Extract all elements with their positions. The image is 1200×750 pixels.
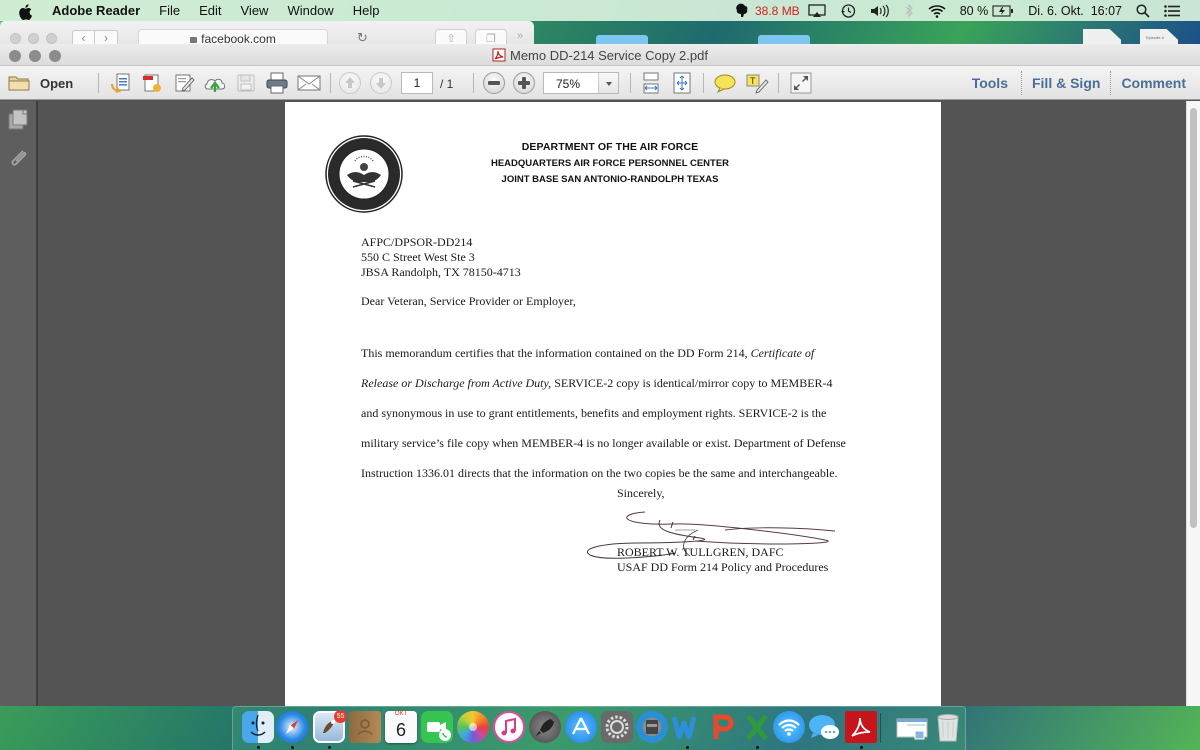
- dock-itunes[interactable]: [493, 711, 525, 743]
- memo-body: This memorandum certifies that the infor…: [361, 338, 906, 488]
- app-store-icon: [565, 711, 597, 743]
- desktop-doc-label: Episode #: [1146, 35, 1164, 40]
- save-button[interactable]: [235, 71, 257, 95]
- body-line: military service’s file copy when MEMBER…: [361, 428, 906, 458]
- fit-width-button[interactable]: [640, 71, 662, 95]
- menu-view[interactable]: View: [241, 3, 269, 18]
- contacts-icon: [349, 711, 381, 743]
- dock-photos[interactable]: [457, 711, 489, 743]
- zoom-button[interactable]: [46, 33, 57, 44]
- body-line: This memorandum certifies that the infor…: [361, 338, 906, 368]
- letterhead-line: DEPARTMENT OF THE AIR FORCE: [435, 141, 785, 153]
- panel-links: Tools Fill & Sign Comment: [962, 66, 1200, 100]
- messages-bubble-icon: [808, 711, 840, 743]
- pdf-page[interactable]: DEPARTMENT OF THE AIR FORCE HEADQUARTERS…: [285, 102, 941, 706]
- airplay-icon[interactable]: [808, 4, 826, 18]
- menu-file[interactable]: File: [159, 3, 180, 18]
- arrow-down-icon: [370, 72, 392, 94]
- export-pdf-icon: [141, 72, 163, 94]
- attachments-button[interactable]: [8, 147, 30, 174]
- expand-icon: [790, 72, 812, 94]
- menu-help[interactable]: Help: [353, 3, 380, 18]
- word-icon: [671, 711, 703, 743]
- svg-text:T: T: [750, 76, 756, 86]
- memory-usage: 38.8 MB: [755, 4, 800, 18]
- toolbar-separator: [98, 73, 99, 93]
- italic-text: Release or Discharge from Active Duty,: [361, 376, 551, 390]
- dock-downloads-stack[interactable]: [895, 711, 929, 743]
- rocket-icon: [529, 711, 561, 743]
- fit-width-icon: [641, 72, 661, 94]
- comment-link[interactable]: Comment: [1111, 75, 1200, 91]
- toolbar-separator: [630, 73, 631, 93]
- adobe-acrobat-icon: [845, 711, 877, 743]
- comment-bubble-icon: [713, 73, 737, 93]
- menu-app-name[interactable]: Adobe Reader: [52, 3, 140, 18]
- letterhead-line: JOINT BASE SAN ANTONIO-RANDOLPH TEXAS: [435, 174, 785, 185]
- dock-word[interactable]: [671, 711, 703, 743]
- toolbar-separator: [778, 73, 779, 93]
- notification-center-icon[interactable]: [1164, 5, 1180, 17]
- highlight-text-button[interactable]: T: [745, 71, 769, 95]
- dock-launchpad[interactable]: [529, 711, 561, 743]
- arrow-up-icon: [339, 72, 361, 94]
- toolbar-separator: [703, 73, 704, 93]
- department-of-defense-seal-icon: [325, 135, 403, 213]
- time-machine-icon[interactable]: [840, 3, 856, 19]
- tools-link[interactable]: Tools: [962, 75, 1021, 91]
- running-indicator: [257, 746, 260, 749]
- create-pdf-icon: [110, 72, 132, 94]
- next-page-button[interactable]: [370, 71, 392, 95]
- print-button[interactable]: [265, 71, 289, 95]
- navigation-pane: [0, 101, 38, 706]
- document-filename: Memo DD-214 Service Copy 2.pdf: [510, 48, 708, 63]
- open-button[interactable]: Open: [8, 71, 73, 95]
- lock-icon: [190, 37, 197, 43]
- dock-facetime[interactable]: [421, 711, 453, 743]
- memory-monitor[interactable]: 38.8 MB: [735, 3, 800, 18]
- apple-menu-icon[interactable]: [18, 4, 36, 18]
- trash-icon: [933, 711, 963, 743]
- wifi-icon[interactable]: [928, 4, 946, 18]
- dock-contacts[interactable]: [349, 711, 381, 743]
- zoom-out-button[interactable]: [483, 71, 505, 95]
- calendar-day: 6: [385, 719, 417, 741]
- body-text-segment: military service’s file copy when MEMBER…: [361, 436, 846, 450]
- dock-powerpoint[interactable]: [707, 711, 739, 743]
- minimize-button[interactable]: [28, 33, 39, 44]
- vertical-scrollbar[interactable]: [1186, 101, 1200, 706]
- signer-name: ROBERT W. TULLGREN, DAFC: [617, 545, 828, 560]
- page-count: / 1: [440, 77, 453, 91]
- toolbar-separator: [330, 73, 331, 93]
- address-line: 550 C Street West Ste 3: [361, 250, 521, 265]
- page-thumbnails-button[interactable]: [8, 109, 30, 136]
- paperclip-icon: [8, 147, 30, 169]
- edit-pdf-button[interactable]: [173, 71, 195, 95]
- body-text-segment: Instruction 1336.01 directs that the inf…: [361, 466, 838, 480]
- zoom-level-select[interactable]: 75%: [543, 72, 619, 94]
- toolbar-separator: [473, 73, 474, 93]
- page-number-input[interactable]: 1: [401, 72, 433, 94]
- dock-adobe-reader[interactable]: [845, 711, 877, 743]
- edit-pdf-icon: [173, 72, 195, 94]
- body-line: and synonymous in use to grant entitleme…: [361, 398, 906, 428]
- bluetooth-icon[interactable]: [904, 3, 914, 18]
- italic-text: Certificate of: [751, 346, 815, 360]
- battery-icon: [992, 5, 1014, 17]
- scanner-icon: [636, 711, 668, 743]
- signer-title: USAF DD Form 214 Policy and Procedures: [617, 560, 828, 575]
- more-chevron-icon[interactable]: »: [517, 30, 523, 42]
- clock[interactable]: Di. 6. Okt. 16:07: [1028, 4, 1122, 18]
- scrollbar-thumb[interactable]: [1190, 108, 1197, 528]
- menu-bar: Adobe Reader File Edit View Window Help …: [0, 0, 1200, 21]
- full-screen-button[interactable]: [789, 71, 813, 95]
- signature-block: ROBERT W. TULLGREN, DAFC USAF DD Form 21…: [617, 545, 828, 575]
- body-line: Release or Discharge from Active Duty, S…: [361, 368, 906, 398]
- battery-status[interactable]: 80 %: [960, 4, 1015, 18]
- dock-image-capture[interactable]: [636, 711, 668, 743]
- address-line: AFPC/DPSOR-DD214: [361, 235, 521, 250]
- excel-icon: [741, 711, 773, 743]
- toolbar: Open: [0, 66, 1200, 100]
- stack-documents-icon: [895, 711, 929, 743]
- dock: 55 OKT 6: [232, 706, 966, 750]
- sender-address: AFPC/DPSOR-DD214 550 C Street West Ste 3…: [361, 235, 521, 280]
- printer-icon: [265, 72, 289, 94]
- dock-separator: [880, 713, 881, 743]
- spotlight-icon[interactable]: [1136, 4, 1150, 18]
- open-label: Open: [40, 76, 73, 91]
- gear-icon: [601, 711, 633, 743]
- closing: Sincerely,: [617, 486, 665, 501]
- cloud-upload-icon: [203, 73, 227, 93]
- address-line: JBSA Randolph, TX 78150-4713: [361, 265, 521, 280]
- music-note-icon: [495, 713, 523, 741]
- plus-icon: [513, 72, 535, 94]
- close-button[interactable]: [10, 33, 21, 44]
- sticky-note-button[interactable]: [713, 71, 737, 95]
- dock-trash[interactable]: [933, 711, 965, 743]
- battery-percent: 80 %: [960, 4, 989, 18]
- create-pdf-button[interactable]: [110, 71, 132, 95]
- body-text-segment: SERVICE-2 copy is identical/mirror copy …: [551, 376, 832, 390]
- calendar-month: OKT: [385, 711, 417, 719]
- minus-icon: [483, 72, 505, 94]
- zoom-in-button[interactable]: [513, 71, 535, 95]
- photos-flower-icon: [457, 711, 489, 743]
- status-area: 38.8 MB 80 % Di. 6. Okt. 16:07: [735, 0, 1200, 21]
- text-annotation-icon: T: [745, 72, 769, 94]
- wifi-icon: [773, 711, 805, 743]
- envelope-icon: [297, 74, 321, 92]
- dock-calendar[interactable]: OKT 6: [385, 711, 417, 743]
- upload-cloud-button[interactable]: [203, 71, 227, 95]
- dock-excel[interactable]: [741, 711, 773, 743]
- dock-system-preferences[interactable]: [601, 711, 633, 743]
- running-indicator: [686, 746, 689, 749]
- running-indicator: [291, 746, 294, 749]
- salutation: Dear Veteran, Service Provider or Employ…: [361, 294, 576, 309]
- dock-airport-utility[interactable]: [773, 711, 805, 743]
- letterhead-line: HEADQUARTERS AIR FORCE PERSONNEL CENTER: [435, 158, 785, 169]
- export-pdf-button[interactable]: [141, 71, 163, 95]
- previous-page-button[interactable]: [339, 71, 361, 95]
- fit-page-icon: [672, 72, 692, 94]
- body-text-segment: This memorandum certifies that the infor…: [361, 346, 751, 360]
- letterhead: DEPARTMENT OF THE AIR FORCE HEADQUARTERS…: [435, 141, 785, 185]
- body-line: Instruction 1336.01 directs that the inf…: [361, 458, 906, 488]
- running-indicator: [756, 746, 759, 749]
- folder-icon: [8, 74, 30, 92]
- memory-monitor-icon: [735, 3, 749, 18]
- mail-unread-badge: 55: [334, 710, 347, 723]
- fit-page-button[interactable]: [671, 71, 693, 95]
- dock-mail[interactable]: 55: [313, 711, 345, 743]
- safari-traffic-lights: [10, 33, 57, 44]
- title-bar: Memo DD-214 Service Copy 2.pdf: [0, 44, 1200, 66]
- dock-app-store[interactable]: [565, 711, 597, 743]
- pdf-file-icon: [492, 48, 506, 62]
- zoom-level-value: 75%: [556, 77, 580, 91]
- email-button[interactable]: [296, 71, 322, 95]
- menu-window[interactable]: Window: [287, 3, 333, 18]
- body-text-segment: and synonymous in use to grant entitleme…: [361, 406, 826, 420]
- running-indicator: [860, 746, 863, 749]
- dock-safari[interactable]: [276, 711, 308, 743]
- running-indicator: [328, 746, 331, 749]
- fill-and-sign-link[interactable]: Fill & Sign: [1022, 75, 1110, 91]
- menu-edit[interactable]: Edit: [199, 3, 221, 18]
- facetime-camera-icon: [421, 711, 453, 743]
- save-icon: [236, 73, 256, 93]
- window-title: Memo DD-214 Service Copy 2.pdf: [0, 48, 1200, 63]
- volume-icon[interactable]: [870, 4, 890, 18]
- dock-messages[interactable]: [808, 711, 840, 743]
- chevron-down-icon[interactable]: [598, 73, 618, 93]
- page-thumbnails-icon: [8, 109, 30, 131]
- dock-finder[interactable]: [242, 711, 274, 743]
- powerpoint-icon: [707, 711, 739, 743]
- finder-icon: [242, 711, 274, 743]
- safari-compass-icon: [276, 711, 308, 743]
